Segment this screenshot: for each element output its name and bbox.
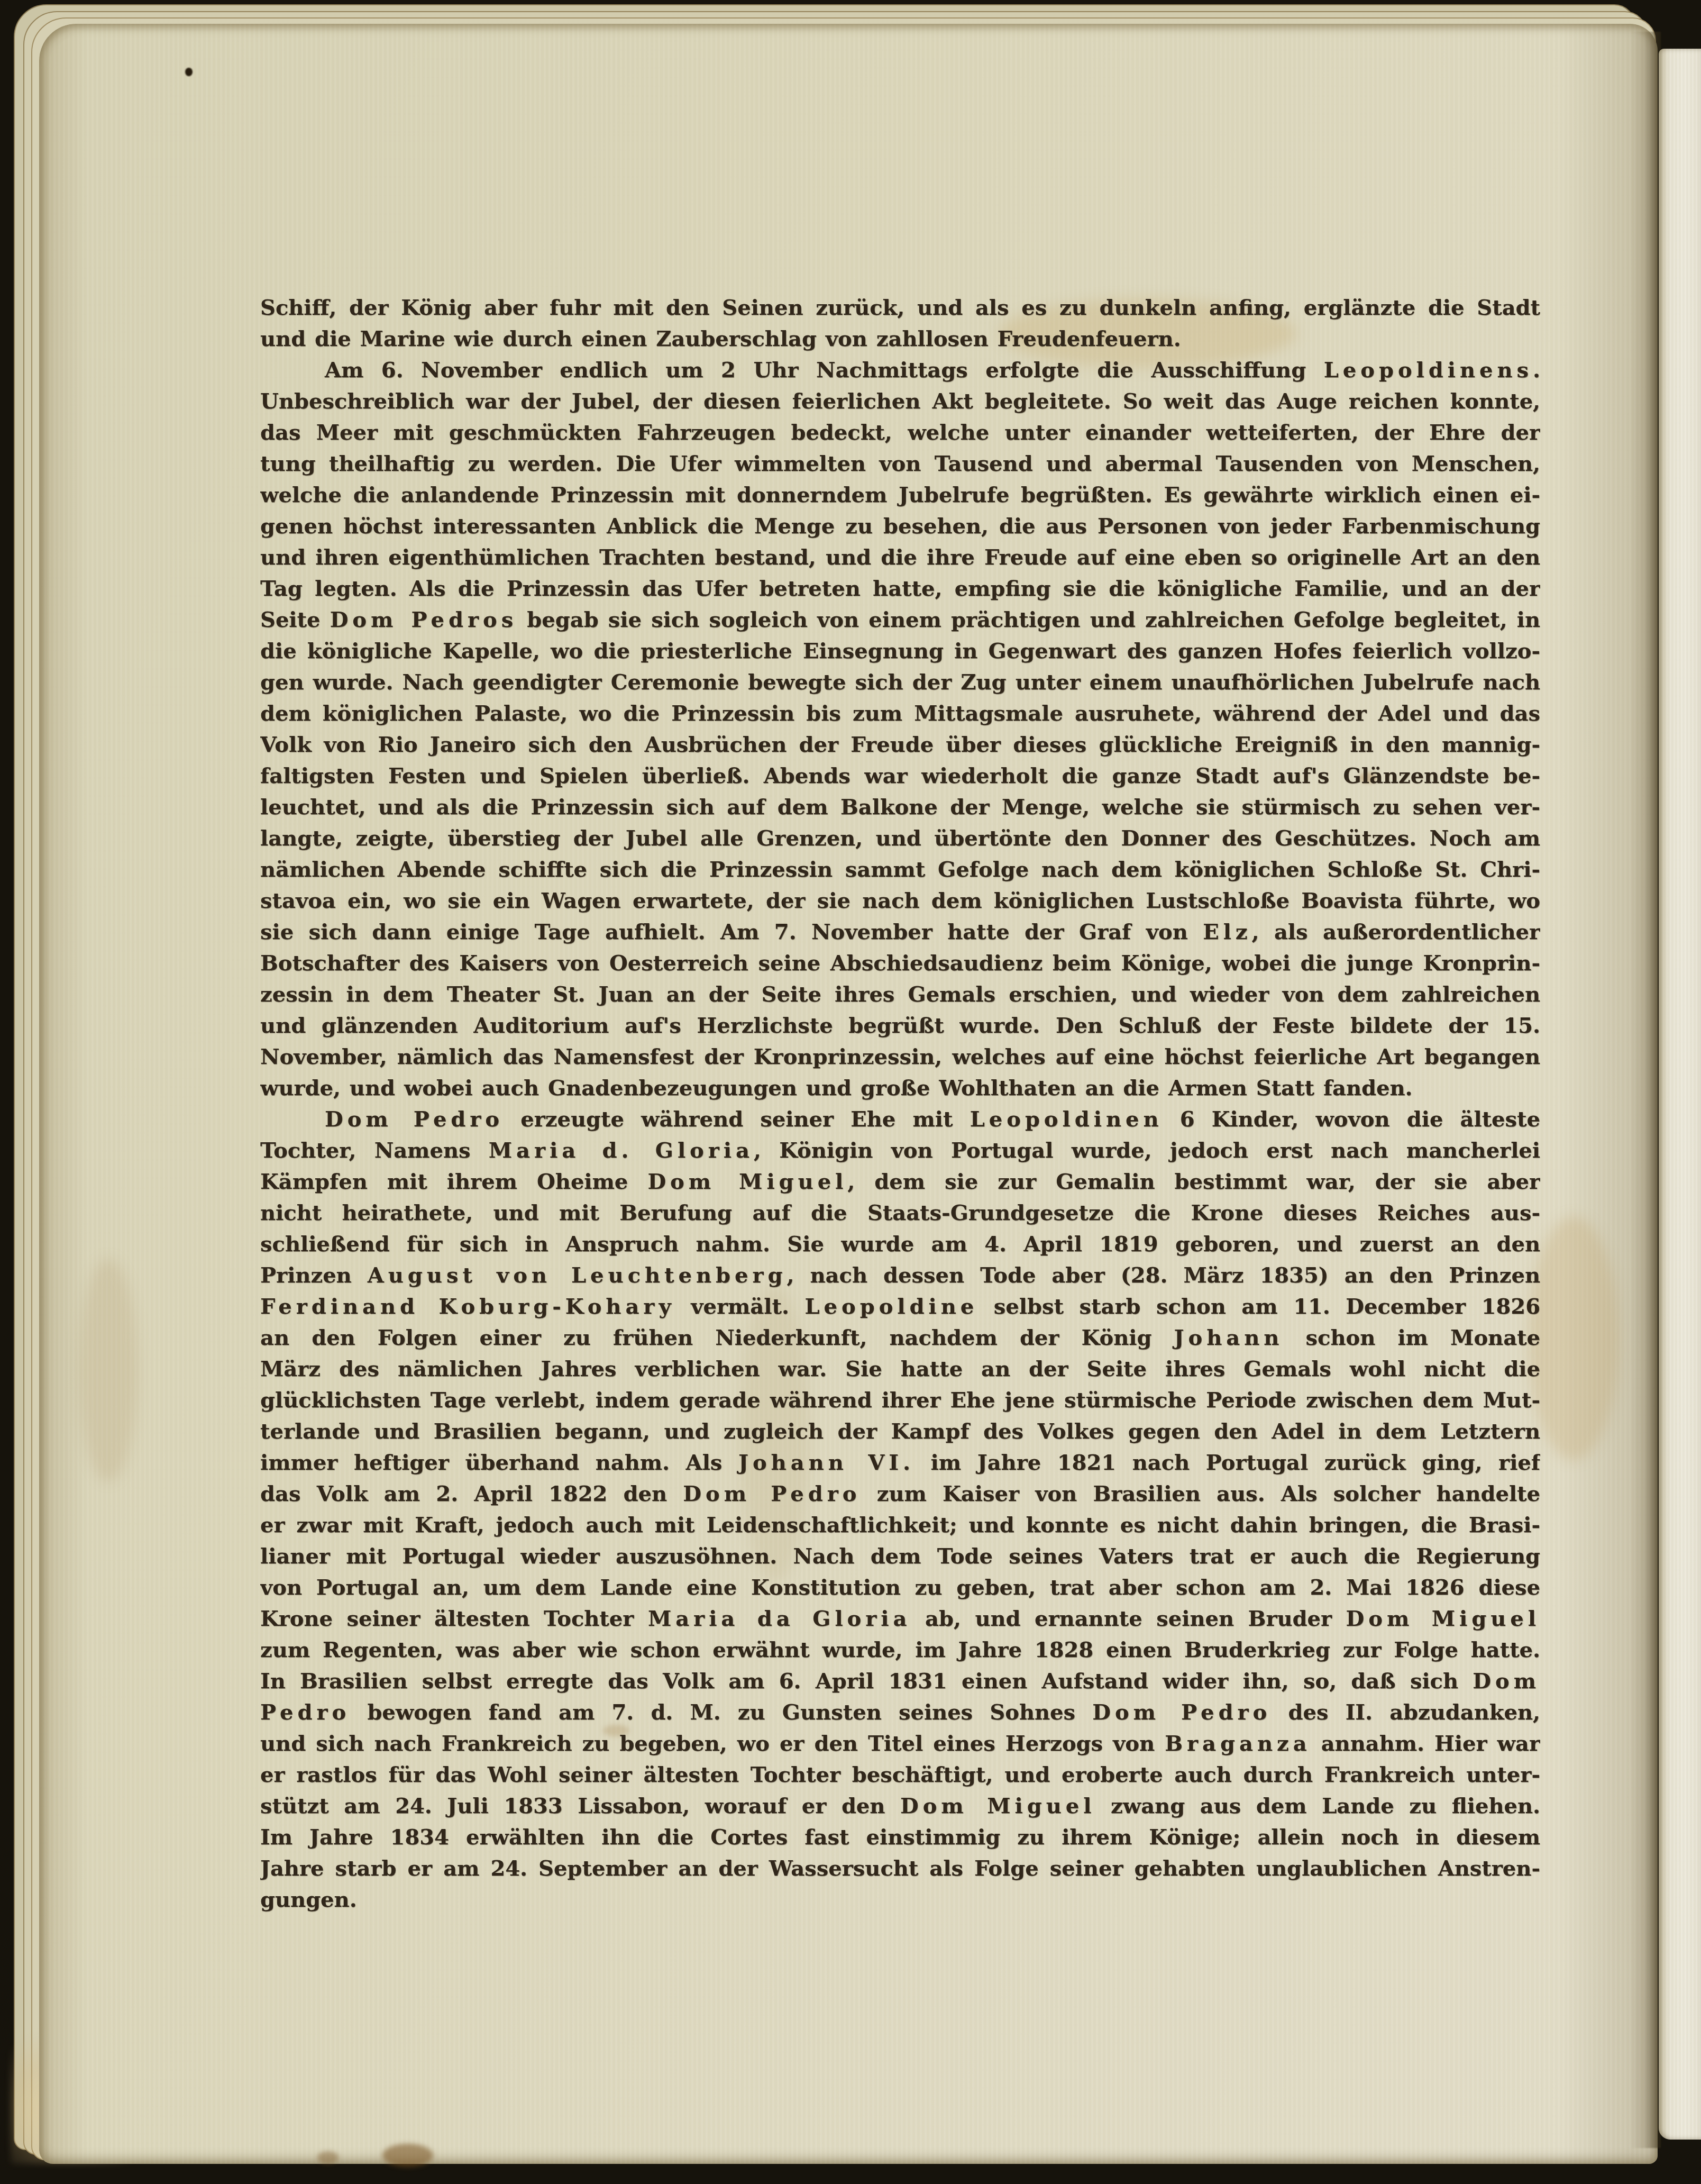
- text-line: tung theilhaftig zu werden. Die Ufer wim…: [260, 448, 1540, 479]
- spaced-name: Dom: [1473, 1669, 1540, 1694]
- text-line: das Meer mit geschmückten Fahrzeugen bed…: [260, 417, 1540, 448]
- ink-speck: [185, 68, 193, 76]
- text-line: Schiff, der König aber fuhr mit den Sein…: [260, 292, 1540, 323]
- text-line: dem königlichen Palaste, wo die Prinzess…: [260, 698, 1540, 729]
- spaced-name: Leopoldinen: [970, 1107, 1163, 1132]
- text-line: und glänzenden Auditorium auf's Herzlich…: [260, 1010, 1540, 1041]
- text-line: Tochter, Namens Maria d. Gloria, Königin…: [260, 1135, 1540, 1166]
- text-line: Unbeschreiblich war der Jubel, der diese…: [260, 386, 1540, 417]
- text-line: und die Marine wie durch einen Zaubersch…: [260, 323, 1540, 354]
- stain-bottom-left-small: [317, 2151, 339, 2164]
- text-line: Jahre starb er am 24. September an der W…: [260, 1853, 1540, 1884]
- text-line: Volk von Rio Janeiro sich den Ausbrüchen…: [260, 729, 1540, 760]
- text-line: Tag legten. Als die Prinzessin das Ufer …: [260, 573, 1540, 604]
- text-line: stavoa ein, wo sie ein Wagen erwartete, …: [260, 885, 1540, 916]
- text-line: Krone seiner ältesten Tochter Maria da G…: [260, 1603, 1540, 1634]
- spaced-name: Pedro: [260, 1700, 350, 1725]
- spaced-name: Johann VI.: [738, 1450, 914, 1475]
- text-line: terlande und Brasilien begann, und zugle…: [260, 1416, 1540, 1447]
- text-line: von Portugal an, um dem Lande eine Konst…: [260, 1572, 1540, 1603]
- spaced-name: August von Leuchtenberg: [368, 1263, 787, 1288]
- spaced-name: Leopoldinens: [1324, 358, 1533, 383]
- text-line: und sich nach Frankreich zu begeben, wo …: [260, 1728, 1540, 1759]
- spaced-name: Ferdinand Koburg-Kohary: [260, 1294, 675, 1319]
- text-line: In Brasilien selbst erregte das Volk am …: [260, 1666, 1540, 1697]
- text-line: faltigsten Festen und Spielen überließ. …: [260, 760, 1540, 791]
- page-fold-shadow: [1630, 32, 1661, 2148]
- spaced-name: Leopoldine: [804, 1294, 978, 1319]
- text-line: langte, zeigte, überstieg der Jubel alle…: [260, 823, 1540, 854]
- text-line: schließend für sich in Anspruch nahm. Si…: [260, 1229, 1540, 1260]
- text-line: glücklichsten Tage verlebt, indem gerade…: [260, 1385, 1540, 1416]
- spaced-name: Braganza: [1165, 1731, 1311, 1756]
- text-line: nämlichen Abende schiffte sich die Prinz…: [260, 854, 1540, 885]
- text-line: und ihren eigenthümlichen Trachten besta…: [260, 542, 1540, 573]
- text-line: November, nämlich das Namensfest der Kro…: [260, 1041, 1540, 1072]
- spaced-name: Dom Pedro: [1092, 1700, 1271, 1725]
- text-line: das Volk am 2. April 1822 den Dom Pedro …: [260, 1478, 1540, 1509]
- text-line: Ferdinand Koburg-Kohary vermält. Leopold…: [260, 1291, 1540, 1322]
- spaced-name: Dom Pedro: [325, 1107, 504, 1132]
- next-page-edge: [1659, 49, 1701, 2140]
- text-line: welche die anlandende Prinzessin mit don…: [260, 479, 1540, 511]
- text-line: Prinzen August von Leuchtenberg, nach de…: [260, 1260, 1540, 1291]
- text-line: lianer mit Portugal wieder auszusöhnen. …: [260, 1541, 1540, 1572]
- text-line: Botschafter des Kaisers von Oesterreich …: [260, 948, 1540, 979]
- text-line: wurde, und wobei auch Gnadenbezeugungen …: [260, 1072, 1540, 1104]
- text-line: nicht heirathete, und mit Berufung auf d…: [260, 1197, 1540, 1229]
- scanned-book-photo: { "page": { "description": "Scanned page…: [0, 0, 1701, 2184]
- spaced-name: Dom Pedros: [330, 607, 518, 632]
- spaced-name: Maria d. Gloria: [489, 1138, 754, 1163]
- spaced-name: Dom Pedro: [683, 1481, 861, 1506]
- text-line: immer heftiger überhand nahm. Als Johann…: [260, 1447, 1540, 1478]
- text-line: Pedro bewogen fand am 7. d. M. zu Gunste…: [260, 1697, 1540, 1728]
- stain-bottom-left-large: [382, 2144, 433, 2167]
- text-line: Seite Dom Pedros begab sie sich sogleich…: [260, 604, 1540, 635]
- text-line: Am 6. November endlich um 2 Uhr Nachmitt…: [260, 354, 1540, 386]
- text-line: genen höchst interessanten Anblick die M…: [260, 511, 1540, 542]
- text-line: Im Jahre 1834 erwählten ihn die Cortes f…: [260, 1822, 1540, 1853]
- text-line: er zwar mit Kraft, jedoch auch mit Leide…: [260, 1509, 1540, 1541]
- text-line: zum Regenten, was aber wie schon erwähnt…: [260, 1634, 1540, 1666]
- text-line: er rastlos für das Wohl seiner ältesten …: [260, 1759, 1540, 1790]
- stain-left-edge: [79, 1259, 138, 1481]
- text-line: leuchtet, und als die Prinzessin sich au…: [260, 791, 1540, 823]
- text-line: sie sich dann einige Tage aufhielt. Am 7…: [260, 916, 1540, 948]
- text-line: an den Folgen einer zu frühen Niederkunf…: [260, 1322, 1540, 1353]
- spaced-name: Dom Miguel: [647, 1169, 847, 1194]
- text-line: zessin in dem Theater St. Juan an der Se…: [260, 979, 1540, 1010]
- text-line: Kämpfen mit ihrem Oheime Dom Miguel, dem…: [260, 1166, 1540, 1197]
- stain-right-margin: [1529, 1217, 1618, 1460]
- text-line: März des nämlichen Jahres verblichen war…: [260, 1353, 1540, 1385]
- text-line: gungen.: [260, 1884, 1540, 1915]
- spaced-name: Johann: [1174, 1325, 1284, 1350]
- spaced-name: Dom Miguel: [1346, 1606, 1540, 1631]
- spaced-name: Maria da Gloria: [648, 1606, 911, 1631]
- text-line: Dom Pedro erzeugte während seiner Ehe mi…: [260, 1104, 1540, 1135]
- spaced-name: Elz: [1203, 920, 1251, 944]
- text-line: die königliche Kapelle, wo die priesterl…: [260, 635, 1540, 667]
- page-text: Schiff, der König aber fuhr mit den Sein…: [260, 292, 1540, 1915]
- spaced-name: Dom Miguel: [900, 1794, 1095, 1818]
- text-line: stützt am 24. Juli 1833 Lissabon, worauf…: [260, 1790, 1540, 1822]
- text-line: gen wurde. Nach geendigter Ceremonie bew…: [260, 667, 1540, 698]
